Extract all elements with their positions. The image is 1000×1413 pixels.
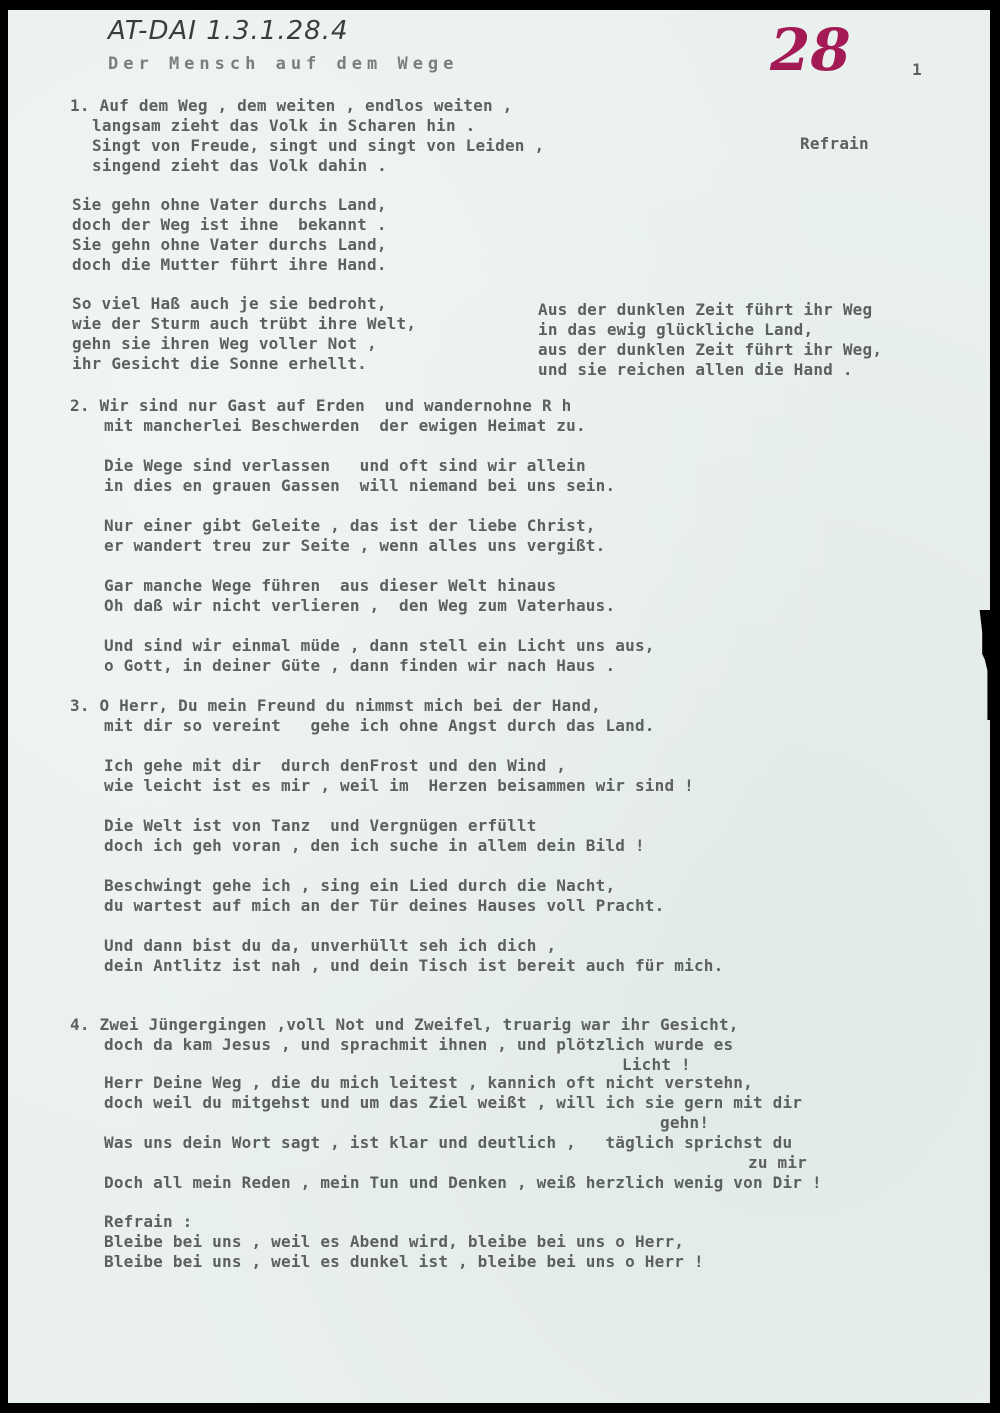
archive-reference: AT-DAI 1.3.1.28.4 xyxy=(108,16,349,46)
text-line: langsam zieht das Volk in Scharen hin . xyxy=(92,116,475,136)
torn-edge xyxy=(964,610,990,720)
document-title: Der Mensch auf dem Wege xyxy=(108,54,458,74)
text-line: zu mir xyxy=(748,1153,807,1173)
text-line: Ich gehe mit dir durch denFrost und den … xyxy=(104,756,566,776)
text-line: Bleibe bei uns , weil es Abend wird, ble… xyxy=(104,1232,684,1252)
text-line: doch der Weg ist ihne bekannt . xyxy=(72,215,387,235)
text-line: Nur einer gibt Geleite , das ist der lie… xyxy=(104,516,596,536)
page-number: 1 xyxy=(912,60,922,79)
text-line: Und sind wir einmal müde , dann stell ei… xyxy=(104,636,655,656)
text-line: o Gott, in deiner Güte , dann finden wir… xyxy=(104,656,615,676)
text-line: Herr Deine Weg , die du mich leitest , k… xyxy=(104,1073,753,1093)
text-line: Licht ! xyxy=(622,1055,691,1075)
refrain-marker: Refrain xyxy=(800,134,869,154)
text-line: dein Antlitz ist nah , und dein Tisch is… xyxy=(104,956,723,976)
text-line: Singt von Freude, singt und singt von Le… xyxy=(92,136,544,156)
text-line: wie der Sturm auch trübt ihre Welt, xyxy=(72,314,416,334)
text-line: Die Welt ist von Tanz und Vergnügen erfü… xyxy=(104,816,537,836)
text-line: So viel Haß auch je sie bedroht, xyxy=(72,294,387,314)
text-line: wie leicht ist es mir , weil im Herzen b… xyxy=(104,776,694,796)
text-line: ihr Gesicht die Sonne erhellt. xyxy=(72,354,367,374)
text-line: Aus der dunklen Zeit führt ihr Weg xyxy=(538,300,872,320)
text-line: Die Wege sind verlassen und oft sind wir… xyxy=(104,456,586,476)
text-line: gehn sie ihren Weg voller Not , xyxy=(72,334,377,354)
text-line: doch ich geh voran , den ich suche in al… xyxy=(104,836,645,856)
text-line: Gar manche Wege führen aus dieser Welt h… xyxy=(104,576,556,596)
text-line: mit mancherlei Beschwerden der ewigen He… xyxy=(104,416,586,436)
text-line: Refrain : xyxy=(104,1212,193,1232)
text-line: doch die Mutter führt ihre Hand. xyxy=(72,255,387,275)
text-line: du wartest auf mich an der Tür deines Ha… xyxy=(104,896,664,916)
text-line: doch weil du mitgehst und um das Ziel we… xyxy=(104,1093,802,1113)
text-line: Beschwingt gehe ich , sing ein Lied durc… xyxy=(104,876,615,896)
text-line: Doch all mein Reden , mein Tun und Denke… xyxy=(104,1173,822,1193)
text-line: doch da kam Jesus , und sprachmit ihnen … xyxy=(104,1035,733,1055)
text-line: Und dann bist du da, unverhüllt seh ich … xyxy=(104,936,556,956)
text-line: und sie reichen allen die Hand . xyxy=(538,360,853,380)
text-line: mit dir so vereint gehe ich ohne Angst d… xyxy=(104,716,655,736)
text-line: 1. Auf dem Weg , dem weiten , endlos wei… xyxy=(70,96,512,116)
text-line: Was uns dein Wort sagt , ist klar und de… xyxy=(104,1133,792,1153)
text-line: er wandert treu zur Seite , wenn alles u… xyxy=(104,536,605,556)
text-line: 2. Wir sind nur Gast auf Erden und wande… xyxy=(70,396,571,416)
text-line: Sie gehn ohne Vater durchs Land, xyxy=(72,195,387,215)
text-line: Sie gehn ohne Vater durchs Land, xyxy=(72,235,387,255)
text-line: singend zieht das Volk dahin . xyxy=(92,156,387,176)
text-line: in dies en grauen Gassen will niemand be… xyxy=(104,476,615,496)
text-line: 3. O Herr, Du mein Freund du nimmst mich… xyxy=(70,696,601,716)
folio-mark: 28 xyxy=(770,16,851,84)
text-line: Bleibe bei uns , weil es dunkel ist , bl… xyxy=(104,1252,704,1272)
text-line: in das ewig glückliche Land, xyxy=(538,320,813,340)
text-line: 4. Zwei Jüngergingen ,voll Not und Zweif… xyxy=(70,1015,739,1035)
text-line: aus der dunklen Zeit führt ihr Weg, xyxy=(538,340,882,360)
text-line: gehn! xyxy=(660,1113,709,1133)
text-line: Oh daß wir nicht verlieren , den Weg zum… xyxy=(104,596,615,616)
